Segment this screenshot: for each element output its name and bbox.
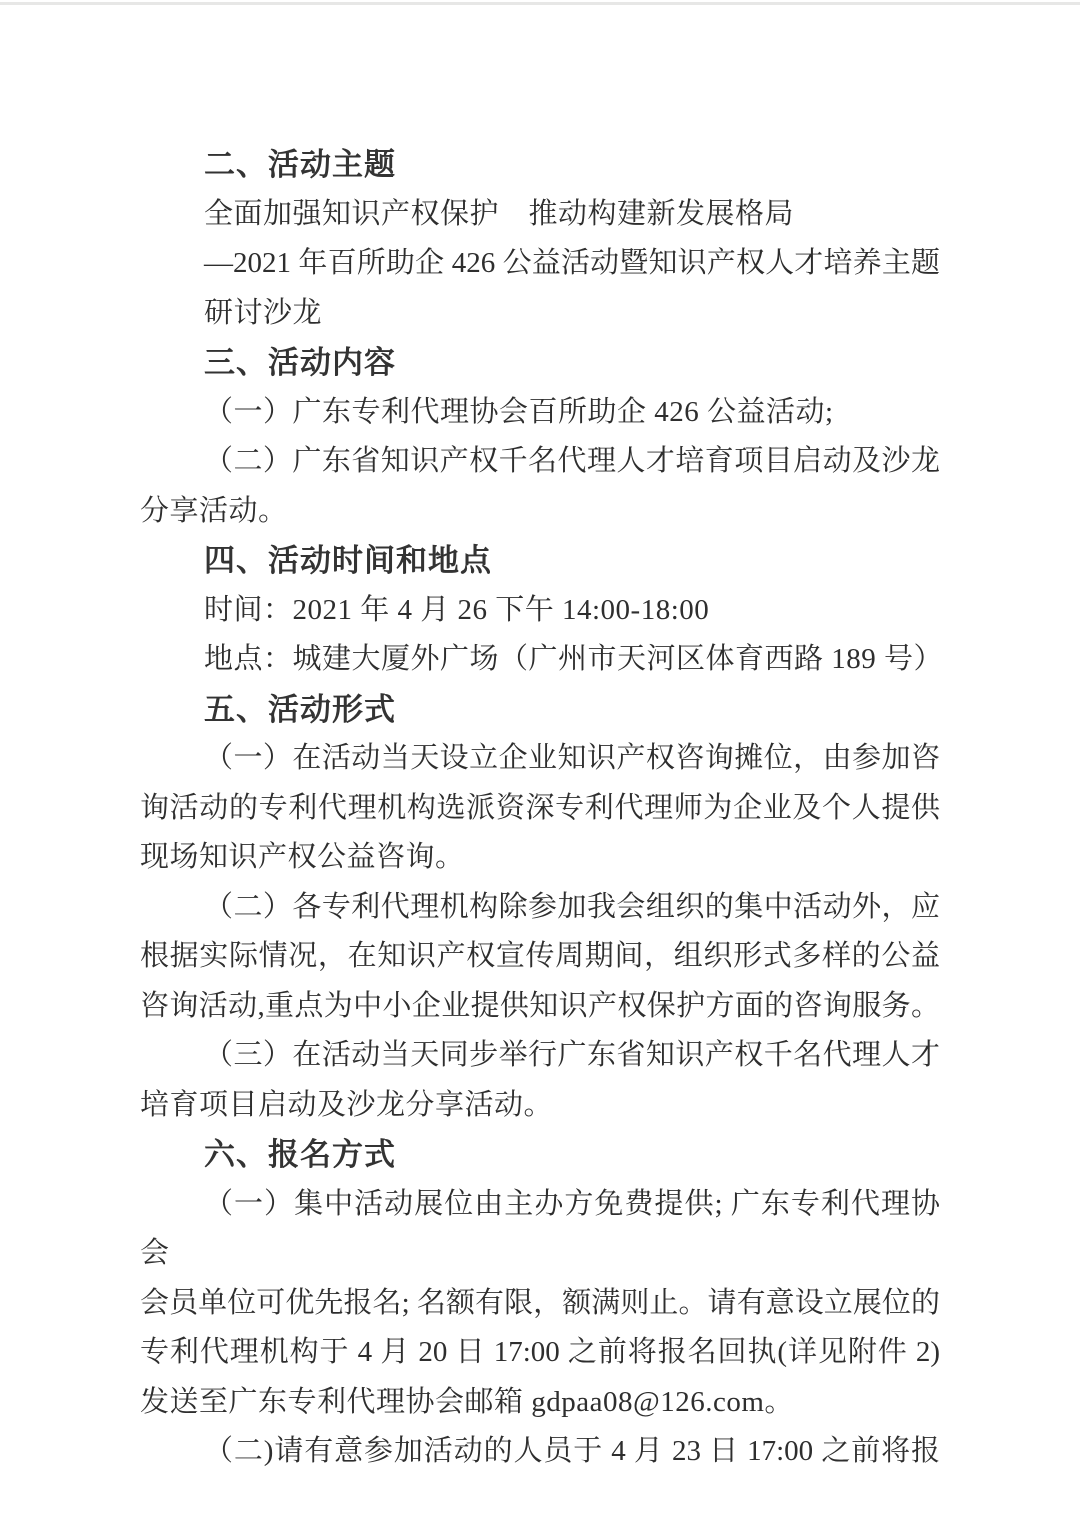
heading-activity-content: 三、活动内容 <box>140 338 940 388</box>
scanned-document-page: { "page": { "paper_color": "#ffffff", "t… <box>0 0 1080 1527</box>
format-item-3-line-1: （三）在活动当天同步举行广东省知识产权千名代理人才 <box>140 1031 940 1081</box>
page-top-scan-edge <box>0 2 1080 5</box>
registration-item-1-line-1: （一）集中活动展位由主办方免费提供; 广东专利代理协会 <box>140 1180 940 1279</box>
content-item-2-line-1: （二）广东省知识产权千名代理人才培育项目启动及沙龙 <box>140 437 940 487</box>
format-item-2-line-3: 咨询活动,重点为中小企业提供知识产权保护方面的咨询服务。 <box>140 982 940 1032</box>
format-item-1-line-3: 现场知识产权公益咨询。 <box>140 833 940 883</box>
heading-time-and-location: 四、活动时间和地点 <box>140 536 940 586</box>
content-item-1: （一）广东专利代理协会百所助企 426 公益活动; <box>140 388 940 438</box>
event-time-line: 时间：2021 年 4 月 26 下午 14:00-18:00 <box>140 586 940 636</box>
theme-subtitle-line-2: 研讨沙龙 <box>140 289 940 339</box>
heading-registration-method: 六、报名方式 <box>140 1130 940 1180</box>
registration-item-1-line-3: 专利代理机构于 4 月 20 日 17:00 之前将报名回执(详见附件 2) <box>140 1328 940 1378</box>
heading-activity-theme: 二、活动主题 <box>140 140 940 190</box>
document-body: 二、活动主题 全面加强知识产权保护 推动构建新发展格局 —2021 年百所助企 … <box>140 140 940 1477</box>
format-item-1-line-1: （一）在活动当天设立企业知识产权咨询摊位，由参加咨 <box>140 734 940 784</box>
registration-item-2-line-1: （二)请有意参加活动的人员于 4 月 23 日 17:00 之前将报 <box>140 1427 940 1477</box>
theme-subtitle-line-1: —2021 年百所助企 426 公益活动暨知识产权人才培养主题 <box>140 239 940 289</box>
format-item-3-line-2: 培育项目启动及沙龙分享活动。 <box>140 1081 940 1131</box>
heading-activity-format: 五、活动形式 <box>140 685 940 735</box>
format-item-2-line-1: （二）各专利代理机构除参加我会组织的集中活动外，应 <box>140 883 940 933</box>
registration-item-1-line-2: 会员单位可优先报名; 名额有限，额满则止。请有意设立展位的 <box>140 1279 940 1329</box>
content-item-2-line-2: 分享活动。 <box>140 487 940 537</box>
registration-item-1-line-4-email: 发送至广东专利代理协会邮箱 gdpaa08@126.com。 <box>140 1378 940 1428</box>
event-location-line: 地点：城建大厦外广场（广州市天河区体育西路 189 号） <box>140 635 940 685</box>
theme-slogan-line: 全面加强知识产权保护 推动构建新发展格局 <box>140 190 940 240</box>
format-item-2-line-2: 根据实际情况，在知识产权宣传周期间，组织形式多样的公益 <box>140 932 940 982</box>
format-item-1-line-2: 询活动的专利代理机构选派资深专利代理师为企业及个人提供 <box>140 784 940 834</box>
